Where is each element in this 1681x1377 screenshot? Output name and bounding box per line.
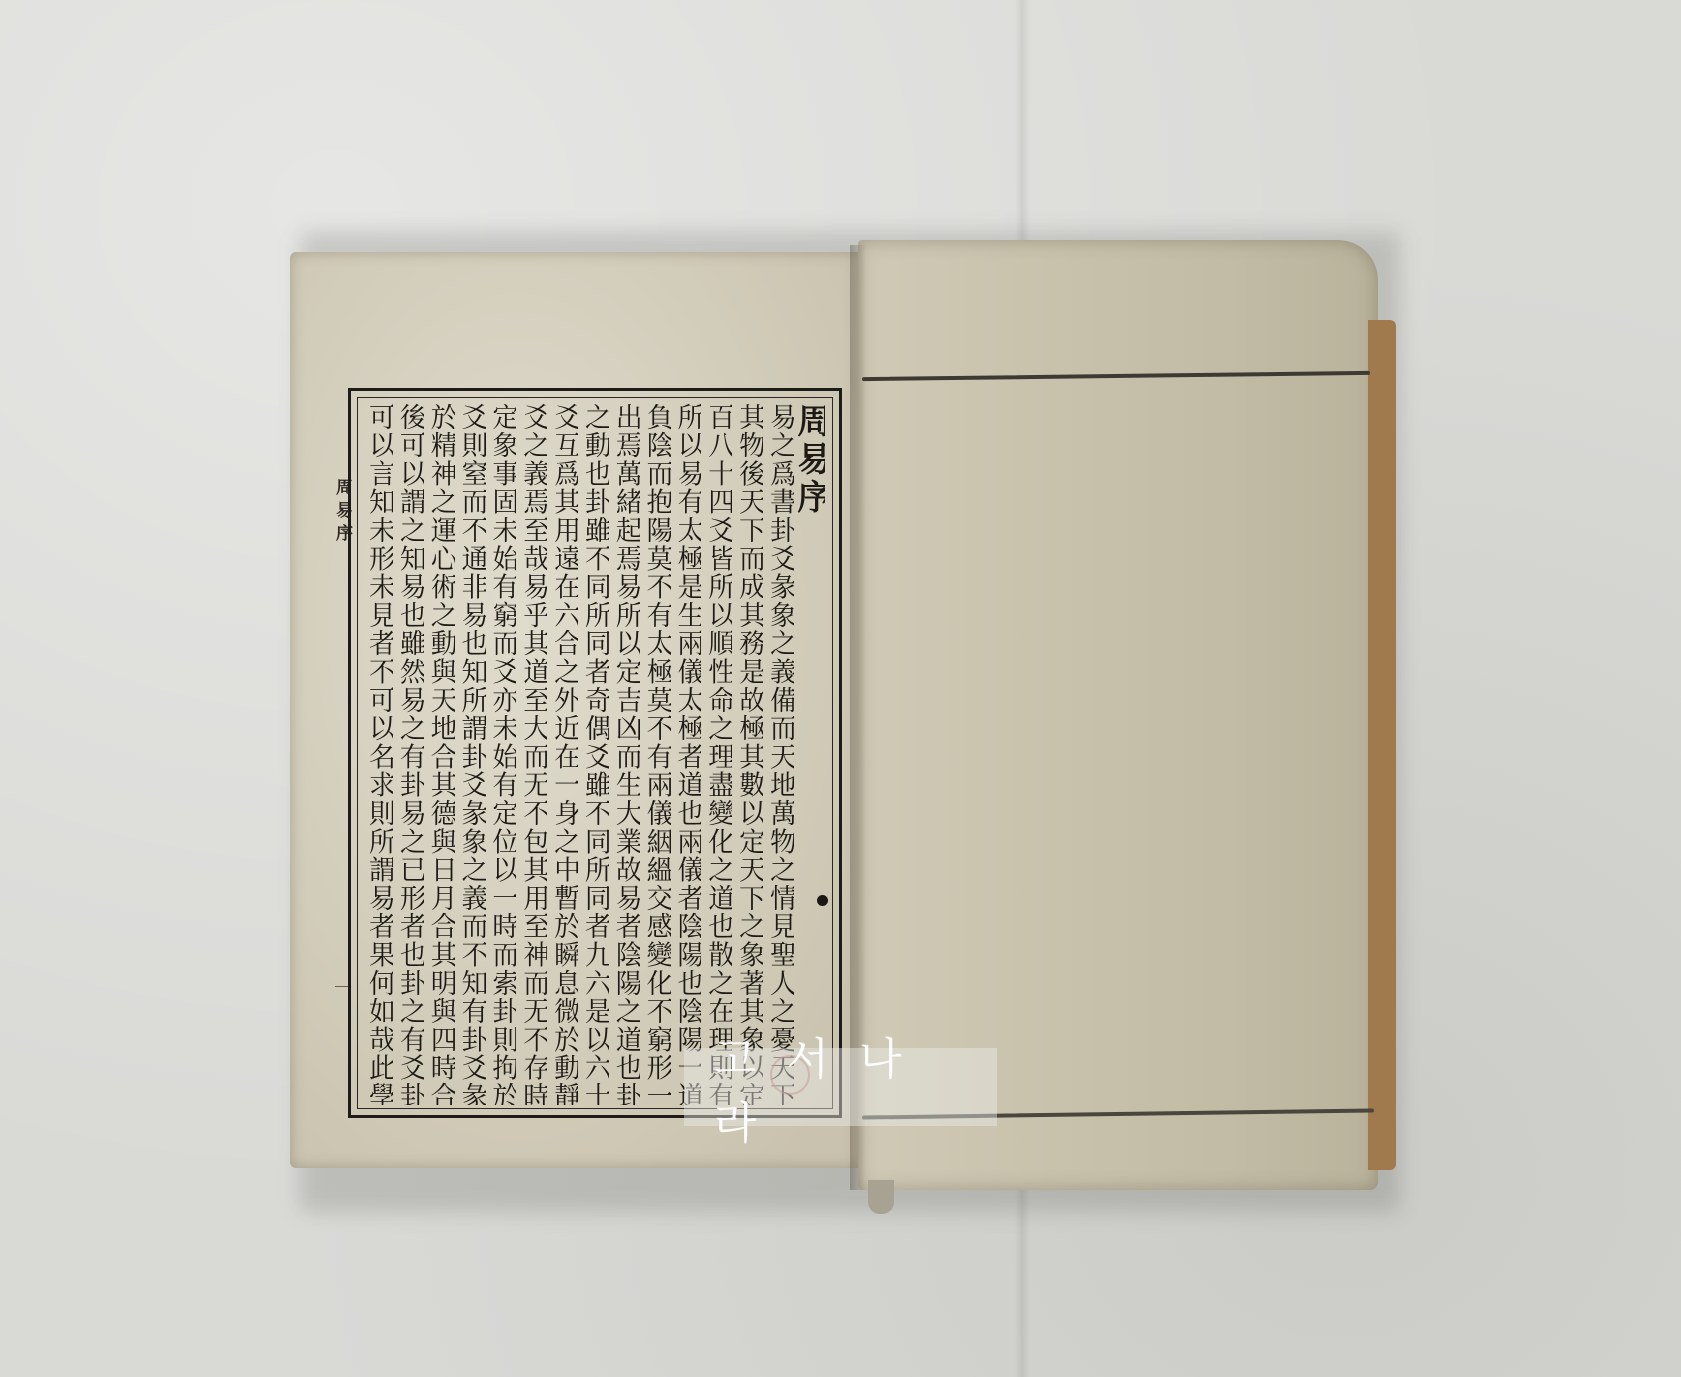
text-column: 易之爲書卦爻彖象之義備而天地萬物之情見聖人之憂天下來世其至矣先天下而開 <box>766 403 794 1105</box>
text-column: 出焉萬緒起焉易所以定吉凶而生大業故易者陰陽之道也卦者陰陽之物也爻者陰陽 <box>612 403 640 1105</box>
ink-dot <box>817 895 828 906</box>
text-column: 後可以謂之知易也雖然易之有卦易之已形者也卦之有爻卦之已見者也已形已見者 <box>396 403 424 1105</box>
bookmark-tab <box>868 1180 894 1214</box>
text-column: 可以言知未形未見者不可以名求則所謂易者果何如哉此學者所當知也 <box>365 403 393 1105</box>
text-column: 爻則窒而不通非易也知所謂卦爻彖象之義而不知有卦爻彖象之用亦非易也故得之 <box>458 403 486 1105</box>
text-column: 負陰而抱陽莫不有太極莫不有兩儀絪縕交感變化不窮形一受其生神一發其智情僞 <box>643 403 671 1105</box>
text-column: 定象事固未始有窮而爻亦未始有定位以一時而索卦則拘於无變非易也以一事而明 <box>488 403 516 1105</box>
text-column: 爻互爲其用遠在六合之外近在一身之中暫於瞬息微於動靜莫不有卦之象焉莫不有 <box>550 403 578 1105</box>
right-page-edge <box>1368 320 1396 1170</box>
watermark: 고서나라 <box>684 1048 997 1126</box>
text-column: 百八十四爻皆所以順性命之理盡變化之道也散之在理則有萬殊統之在道則无二致 <box>704 403 732 1105</box>
preface-title: 周易序 <box>797 403 825 1105</box>
text-column: 其物後天下而成其務是故極其數以定天下之象著其象以定天下之吉凶六十四卦 <box>735 403 763 1105</box>
text-column: 之動也卦雖不同所同者奇偶爻雖不同所同者九六是以六十四卦爲其體三百八十四 <box>581 403 609 1105</box>
text-columns: 周易序 易之爲書卦爻彖象之義備而天地萬物之情見聖人之憂天下來世其至矣先天下而開 … <box>365 403 825 1105</box>
watermark-text: 고서나라 <box>684 1023 997 1151</box>
text-column: 爻之義焉至哉易乎其道至大而无不包其用至神而无不存時固未始有一而卦未始有 <box>519 403 547 1105</box>
text-column: 所以易有太極是生兩儀太極者道也兩儀者陰陽也陰陽一道也太極无極也萬物之生 <box>673 403 701 1105</box>
text-frame: 周易序 易之爲書卦爻彖象之義備而天地萬物之情見聖人之憂天下來世其至矣先天下而開 … <box>348 388 842 1118</box>
text-column: 於精神之運心術之動與天地合其德與日月合其明與四時合其序與鬼神合其吉凶然 <box>427 403 455 1105</box>
